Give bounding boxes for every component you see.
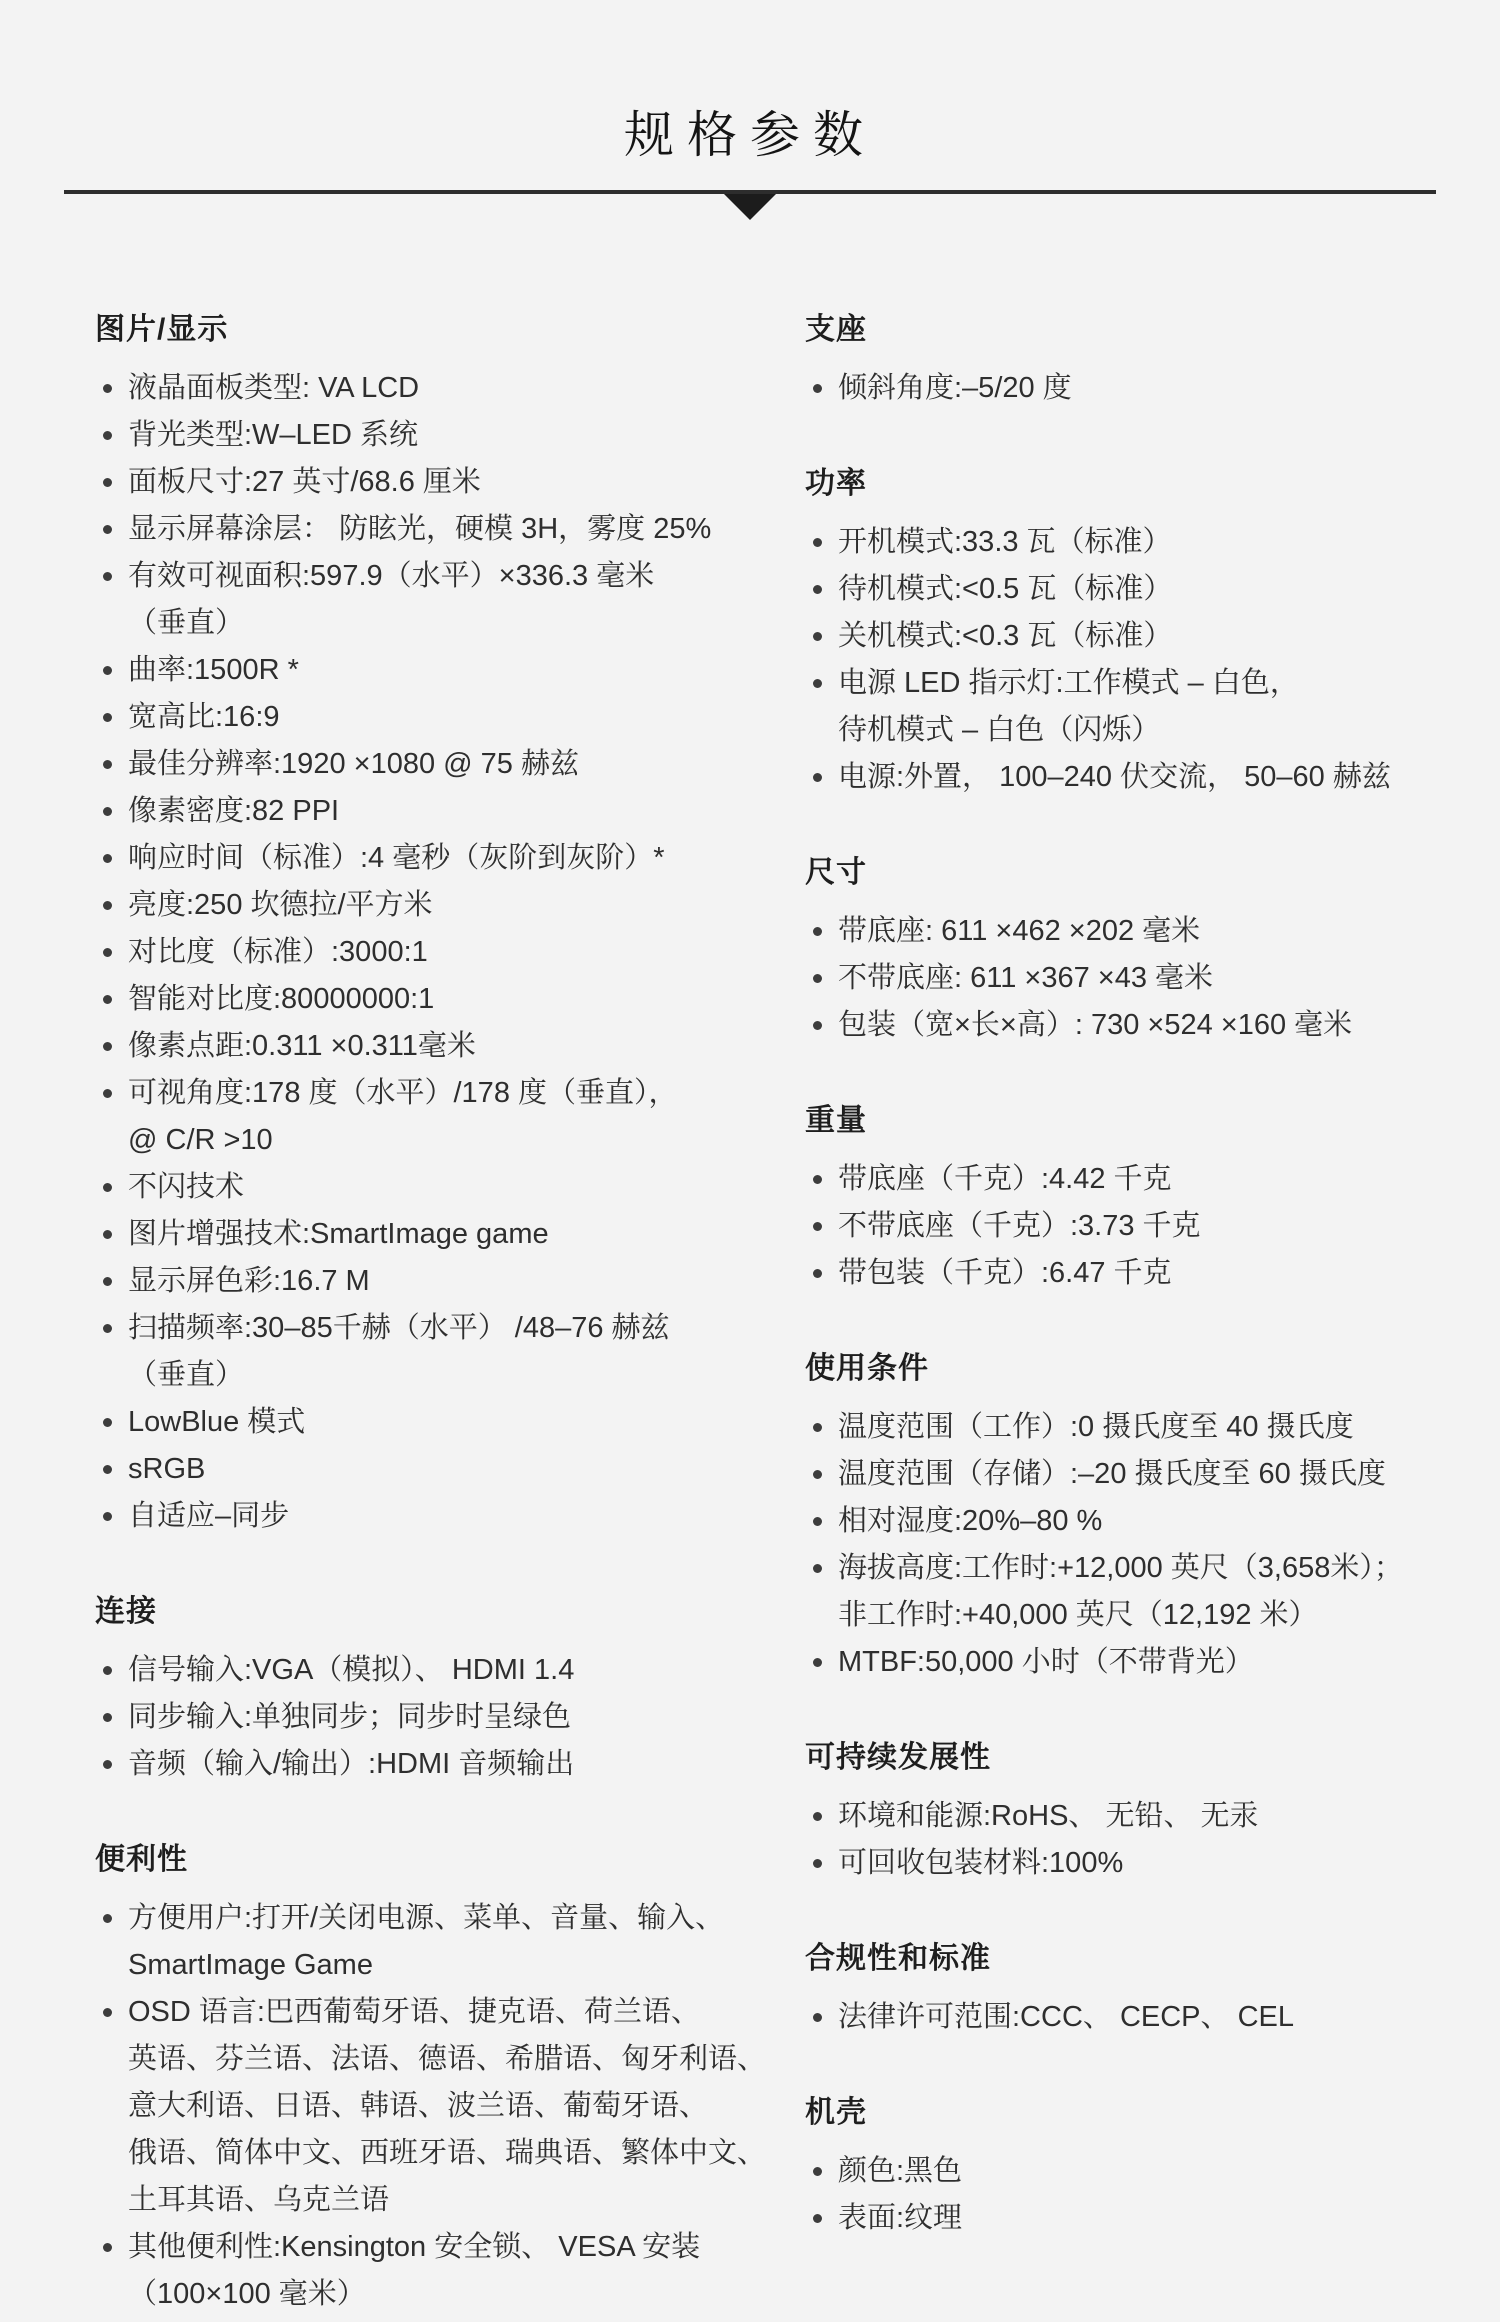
section-heading: 使用条件 (805, 1345, 1485, 1392)
spec-section: 合规性和标准法律许可范围:CCC、 CECP、 CEL (805, 1935, 1485, 2041)
spec-line: 待机模式:<0.5 瓦（标准） (838, 566, 1485, 613)
spec-line: 最佳分辨率:1920 ×1080 @ 75 赫兹 (128, 741, 743, 788)
spec-line: 包装（宽×长×高）: 730 ×524 ×160 毫米 (838, 1002, 1485, 1049)
spec-line: 温度范围（工作）:0 摄氏度至 40 摄氏度 (838, 1404, 1485, 1451)
spec-line: 同步输入:单独同步；同步时呈绿色 (128, 1694, 743, 1741)
spec-line: 像素密度:82 PPI (128, 788, 743, 835)
spec-section: 便利性方便用户:打开/关闭电源、菜单、音量、输入、SmartImage Game… (95, 1836, 743, 2318)
spec-line: 面板尺寸:27 英寸/68.6 厘米 (128, 459, 743, 506)
spec-list: 倾斜角度:–5/20 度 (805, 365, 1485, 412)
section-heading: 机壳 (805, 2089, 1485, 2136)
spec-line: 不闪技术 (128, 1164, 743, 1211)
spec-list: 温度范围（工作）:0 摄氏度至 40 摄氏度温度范围（存储）:–20 摄氏度至 … (805, 1404, 1485, 1686)
spec-item: 智能对比度:80000000:1 (95, 976, 743, 1023)
spec-list: 颜色:黑色表面:纹理 (805, 2148, 1485, 2242)
spec-line: @ C/R >10 (128, 1117, 743, 1164)
spec-line: 温度范围（存储）:–20 摄氏度至 60 摄氏度 (838, 1451, 1485, 1498)
spec-line: 图片增强技术:SmartImage game (128, 1211, 743, 1258)
spec-item: 颜色:黑色 (805, 2148, 1485, 2195)
spec-list: 带底座（千克）:4.42 千克不带底座（千克）:3.73 千克带包装（千克）:6… (805, 1156, 1485, 1297)
left-column: 图片/显示液晶面板类型: VA LCD背光类型:W–LED 系统面板尺寸:27 … (95, 306, 743, 2318)
spec-item: 图片增强技术:SmartImage game (95, 1211, 743, 1258)
spec-line: 可回收包装材料:100% (838, 1840, 1485, 1887)
spec-item: 电源:外置， 100–240 伏交流， 50–60 赫兹 (805, 754, 1485, 801)
spec-item: 电源 LED 指示灯:工作模式 – 白色，待机模式 – 白色（闪烁） (805, 660, 1485, 754)
spec-item: 背光类型:W–LED 系统 (95, 412, 743, 459)
spec-line: 带底座: 611 ×462 ×202 毫米 (838, 908, 1485, 955)
section-heading: 便利性 (95, 1836, 743, 1883)
spec-line: （垂直） (128, 1352, 743, 1399)
spec-item: 相对湿度:20%–80 % (805, 1498, 1485, 1545)
spec-item: 像素点距:0.311 ×0.311毫米 (95, 1023, 743, 1070)
spec-item: 带包装（千克）:6.47 千克 (805, 1250, 1485, 1297)
section-heading: 可持续发展性 (805, 1734, 1485, 1781)
spec-section: 重量带底座（千克）:4.42 千克不带底座（千克）:3.73 千克带包装（千克）… (805, 1097, 1485, 1297)
section-heading: 合规性和标准 (805, 1935, 1485, 1982)
spec-item: 有效可视面积:597.9（水平）×336.3 毫米（垂直） (95, 553, 743, 647)
spec-line: 海拔高度:工作时:+12,000 英尺（3,658米）； (838, 1545, 1485, 1592)
spec-item: 显示屏幕涂层： 防眩光，硬模 3H，雾度 25% (95, 506, 743, 553)
page-title: 规格参数 (0, 0, 1500, 164)
spec-line: 有效可视面积:597.9（水平）×336.3 毫米 (128, 553, 743, 600)
spec-line: 意大利语、日语、韩语、波兰语、葡萄牙语、 (128, 2083, 743, 2130)
spec-item: 自适应–同步 (95, 1493, 743, 1540)
spec-line: 自适应–同步 (128, 1493, 743, 1540)
spec-line: （100×100 毫米） (128, 2271, 743, 2318)
spec-line: 可视角度:178 度（水平）/178 度（垂直）， (128, 1070, 743, 1117)
section-heading: 重量 (805, 1097, 1485, 1144)
spec-section: 可持续发展性环境和能源:RoHS、 无铅、 无汞可回收包装材料:100% (805, 1734, 1485, 1887)
spec-item: 海拔高度:工作时:+12,000 英尺（3,658米）；非工作时:+40,000… (805, 1545, 1485, 1639)
spec-section: 连接信号输入:VGA（模拟）、 HDMI 1.4同步输入:单独同步；同步时呈绿色… (95, 1588, 743, 1788)
spec-line: MTBF:50,000 小时（不带背光） (838, 1639, 1485, 1686)
spec-line: 非工作时:+40,000 英尺（12,192 米） (838, 1592, 1485, 1639)
spec-item: 对比度（标准）:3000:1 (95, 929, 743, 976)
spec-section: 功率开机模式:33.3 瓦（标准）待机模式:<0.5 瓦（标准）关机模式:<0.… (805, 460, 1485, 801)
spec-item: 法律许可范围:CCC、 CECP、 CEL (805, 1994, 1485, 2041)
spec-section: 尺寸带底座: 611 ×462 ×202 毫米不带底座: 611 ×367 ×4… (805, 849, 1485, 1049)
section-heading: 功率 (805, 460, 1485, 507)
spec-sheet: 规格参数 图片/显示液晶面板类型: VA LCD背光类型:W–LED 系统面板尺… (0, 0, 1500, 2322)
spec-item: 信号输入:VGA（模拟）、 HDMI 1.4 (95, 1647, 743, 1694)
spec-item: 同步输入:单独同步；同步时呈绿色 (95, 1694, 743, 1741)
spec-item: sRGB (95, 1446, 743, 1493)
spec-item: 包装（宽×长×高）: 730 ×524 ×160 毫米 (805, 1002, 1485, 1049)
down-triangle-icon (724, 194, 776, 220)
spec-item: 表面:纹理 (805, 2195, 1485, 2242)
spec-line: 显示屏色彩:16.7 M (128, 1258, 743, 1305)
spec-item: 像素密度:82 PPI (95, 788, 743, 835)
spec-item: 可回收包装材料:100% (805, 1840, 1485, 1887)
spec-list: 液晶面板类型: VA LCD背光类型:W–LED 系统面板尺寸:27 英寸/68… (95, 365, 743, 1540)
spec-line: 智能对比度:80000000:1 (128, 976, 743, 1023)
spec-item: 待机模式:<0.5 瓦（标准） (805, 566, 1485, 613)
spec-line: 开机模式:33.3 瓦（标准） (838, 519, 1485, 566)
spec-line: 表面:纹理 (838, 2195, 1485, 2242)
spec-line: （垂直） (128, 600, 743, 647)
spec-line: 带底座（千克）:4.42 千克 (838, 1156, 1485, 1203)
spec-line: LowBlue 模式 (128, 1399, 743, 1446)
spec-line: 不带底座（千克）:3.73 千克 (838, 1203, 1485, 1250)
spec-line: 背光类型:W–LED 系统 (128, 412, 743, 459)
spec-list: 带底座: 611 ×462 ×202 毫米不带底座: 611 ×367 ×43 … (805, 908, 1485, 1049)
spec-section: 支座倾斜角度:–5/20 度 (805, 306, 1485, 412)
spec-columns: 图片/显示液晶面板类型: VA LCD背光类型:W–LED 系统面板尺寸:27 … (0, 306, 1500, 2318)
header: 规格参数 (0, 0, 1500, 194)
spec-item: 温度范围（工作）:0 摄氏度至 40 摄氏度 (805, 1404, 1485, 1451)
spec-item: 宽高比:16:9 (95, 694, 743, 741)
spec-line: 方便用户:打开/关闭电源、菜单、音量、输入、 (128, 1895, 743, 1942)
spec-item: 可视角度:178 度（水平）/178 度（垂直），@ C/R >10 (95, 1070, 743, 1164)
spec-line: 电源 LED 指示灯:工作模式 – 白色， (838, 660, 1485, 707)
spec-item: MTBF:50,000 小时（不带背光） (805, 1639, 1485, 1686)
spec-line: 俄语、简体中文、西班牙语、瑞典语、繁体中文、 (128, 2130, 743, 2177)
spec-item: 亮度:250 坎德拉/平方米 (95, 882, 743, 929)
spec-line: sRGB (128, 1446, 743, 1493)
spec-list: 开机模式:33.3 瓦（标准）待机模式:<0.5 瓦（标准）关机模式:<0.3 … (805, 519, 1485, 801)
spec-item: 开机模式:33.3 瓦（标准） (805, 519, 1485, 566)
spec-line: 曲率:1500R * (128, 647, 743, 694)
spec-line: 环境和能源:RoHS、 无铅、 无汞 (838, 1793, 1485, 1840)
spec-line: 倾斜角度:–5/20 度 (838, 365, 1485, 412)
spec-item: 不带底座: 611 ×367 ×43 毫米 (805, 955, 1485, 1002)
spec-item: 温度范围（存储）:–20 摄氏度至 60 摄氏度 (805, 1451, 1485, 1498)
spec-list: 环境和能源:RoHS、 无铅、 无汞可回收包装材料:100% (805, 1793, 1485, 1887)
spec-line: OSD 语言:巴西葡萄牙语、捷克语、荷兰语、 (128, 1989, 743, 2036)
spec-line: 显示屏幕涂层： 防眩光，硬模 3H，雾度 25% (128, 506, 743, 553)
spec-line: 宽高比:16:9 (128, 694, 743, 741)
spec-item: 环境和能源:RoHS、 无铅、 无汞 (805, 1793, 1485, 1840)
spec-section: 使用条件温度范围（工作）:0 摄氏度至 40 摄氏度温度范围（存储）:–20 摄… (805, 1345, 1485, 1686)
right-column: 支座倾斜角度:–5/20 度功率开机模式:33.3 瓦（标准）待机模式:<0.5… (805, 306, 1485, 2242)
spec-line: 响应时间（标准）:4 毫秒（灰阶到灰阶）* (128, 835, 743, 882)
spec-line: 关机模式:<0.3 瓦（标准） (838, 613, 1485, 660)
spec-line: 土耳其语、乌克兰语 (128, 2177, 743, 2224)
section-heading: 连接 (95, 1588, 743, 1635)
spec-line: 带包装（千克）:6.47 千克 (838, 1250, 1485, 1297)
section-heading: 图片/显示 (95, 306, 743, 353)
spec-line: SmartImage Game (128, 1942, 743, 1989)
section-heading: 尺寸 (805, 849, 1485, 896)
divider-line (64, 190, 1436, 194)
spec-line: 亮度:250 坎德拉/平方米 (128, 882, 743, 929)
spec-line: 音频（输入/输出）:HDMI 音频输出 (128, 1741, 743, 1788)
spec-list: 方便用户:打开/关闭电源、菜单、音量、输入、SmartImage GameOSD… (95, 1895, 743, 2318)
spec-line: 颜色:黑色 (838, 2148, 1485, 2195)
spec-item: 带底座: 611 ×462 ×202 毫米 (805, 908, 1485, 955)
spec-item: 响应时间（标准）:4 毫秒（灰阶到灰阶）* (95, 835, 743, 882)
spec-line: 扫描频率:30–85千赫（水平） /48–76 赫兹 (128, 1305, 743, 1352)
spec-item: 扫描频率:30–85千赫（水平） /48–76 赫兹（垂直） (95, 1305, 743, 1399)
spec-list: 法律许可范围:CCC、 CECP、 CEL (805, 1994, 1485, 2041)
spec-item: OSD 语言:巴西葡萄牙语、捷克语、荷兰语、英语、芬兰语、法语、德语、希腊语、匈… (95, 1989, 743, 2224)
spec-item: 其他便利性:Kensington 安全锁、 VESA 安装（100×100 毫米… (95, 2224, 743, 2318)
spec-item: 不闪技术 (95, 1164, 743, 1211)
spec-item: 面板尺寸:27 英寸/68.6 厘米 (95, 459, 743, 506)
spec-item: 曲率:1500R * (95, 647, 743, 694)
spec-section: 图片/显示液晶面板类型: VA LCD背光类型:W–LED 系统面板尺寸:27 … (95, 306, 743, 1540)
spec-item: 方便用户:打开/关闭电源、菜单、音量、输入、SmartImage Game (95, 1895, 743, 1989)
spec-line: 不带底座: 611 ×367 ×43 毫米 (838, 955, 1485, 1002)
spec-line: 英语、芬兰语、法语、德语、希腊语、匈牙利语、 (128, 2036, 743, 2083)
section-heading: 支座 (805, 306, 1485, 353)
spec-line: 电源:外置， 100–240 伏交流， 50–60 赫兹 (838, 754, 1485, 801)
spec-item: 不带底座（千克）:3.73 千克 (805, 1203, 1485, 1250)
spec-item: 显示屏色彩:16.7 M (95, 1258, 743, 1305)
spec-line: 信号输入:VGA（模拟）、 HDMI 1.4 (128, 1647, 743, 1694)
spec-section: 机壳颜色:黑色表面:纹理 (805, 2089, 1485, 2242)
spec-item: LowBlue 模式 (95, 1399, 743, 1446)
spec-line: 待机模式 – 白色（闪烁） (838, 707, 1485, 754)
spec-line: 法律许可范围:CCC、 CECP、 CEL (838, 1994, 1485, 2041)
spec-item: 音频（输入/输出）:HDMI 音频输出 (95, 1741, 743, 1788)
spec-line: 像素点距:0.311 ×0.311毫米 (128, 1023, 743, 1070)
spec-list: 信号输入:VGA（模拟）、 HDMI 1.4同步输入:单独同步；同步时呈绿色音频… (95, 1647, 743, 1788)
spec-line: 液晶面板类型: VA LCD (128, 365, 743, 412)
spec-item: 液晶面板类型: VA LCD (95, 365, 743, 412)
spec-item: 倾斜角度:–5/20 度 (805, 365, 1485, 412)
spec-item: 关机模式:<0.3 瓦（标准） (805, 613, 1485, 660)
spec-item: 带底座（千克）:4.42 千克 (805, 1156, 1485, 1203)
spec-item: 最佳分辨率:1920 ×1080 @ 75 赫兹 (95, 741, 743, 788)
spec-line: 对比度（标准）:3000:1 (128, 929, 743, 976)
spec-line: 其他便利性:Kensington 安全锁、 VESA 安装 (128, 2224, 743, 2271)
spec-line: 相对湿度:20%–80 % (838, 1498, 1485, 1545)
